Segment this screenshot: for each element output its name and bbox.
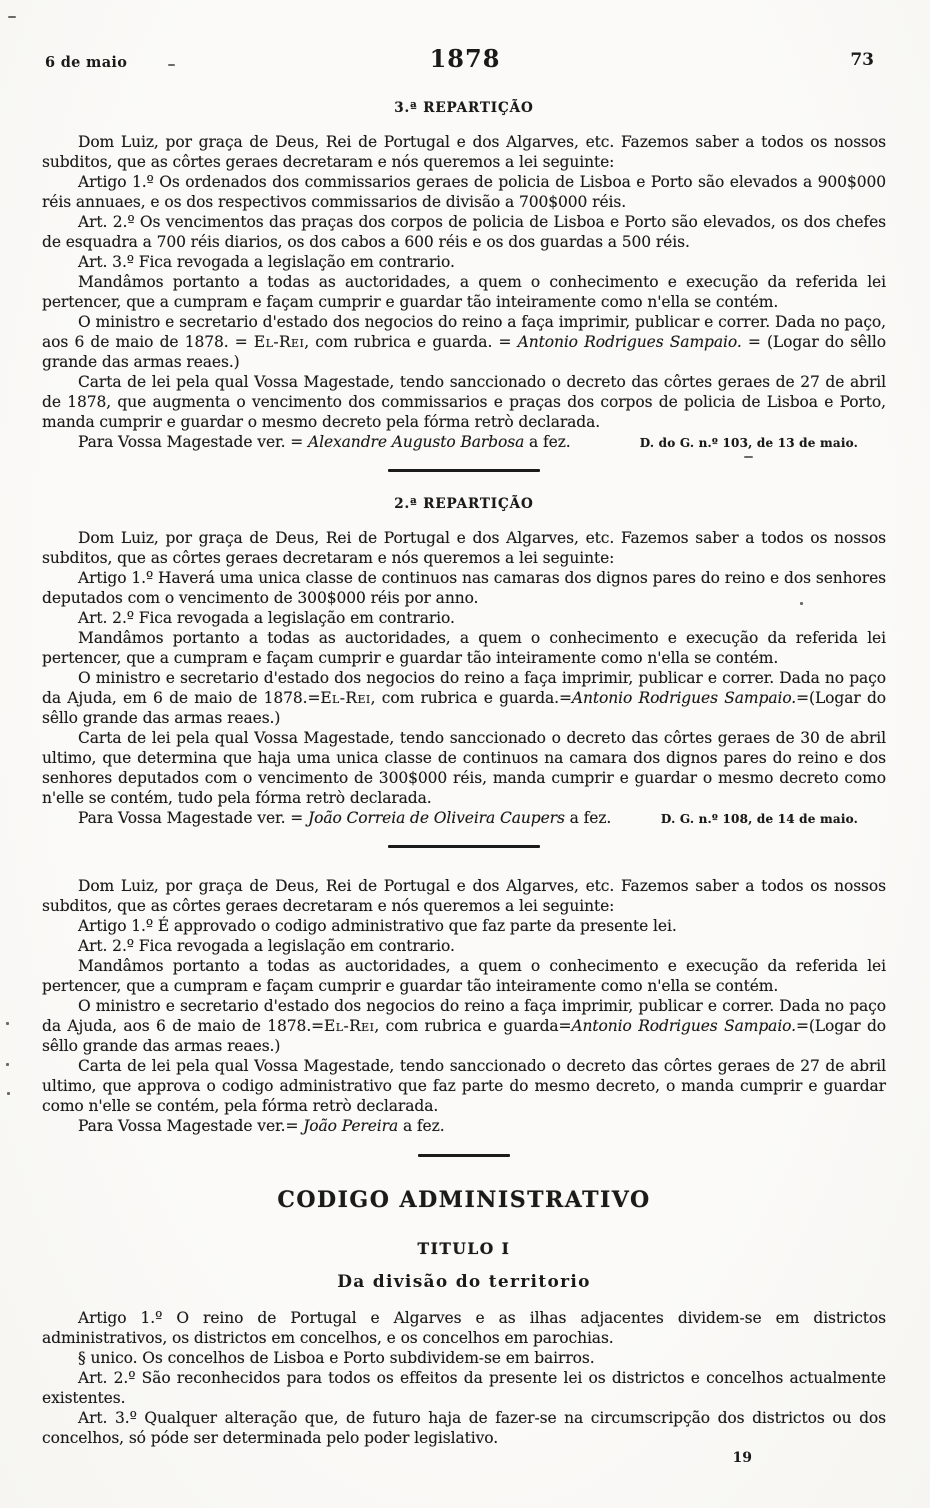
- scan-speck: [6, 1022, 9, 1025]
- paragraph-text: Art. 2.º Fica revogada a legislação em c…: [78, 937, 455, 955]
- chapter-heading: Da divisão do territorio: [42, 1272, 886, 1292]
- section-heading-reparticao-2: 2.ª REPARTIÇÃO: [42, 496, 886, 512]
- page-header: 6 de maio 1878 73: [0, 0, 930, 80]
- article-1-paragraph: Artigo 1.º É approvado o codigo administ…: [42, 916, 886, 936]
- paragraph-text: Carta de lei pela qual Vossa Magestade, …: [42, 1057, 886, 1115]
- article-1-paragraph: Artigo 1.º O reino de Portugal e Algarve…: [42, 1308, 886, 1348]
- section-heading-reparticao-3: 3.ª REPARTIÇÃO: [42, 100, 886, 116]
- paragraph-text: , com rubrica e guarda.=: [371, 689, 572, 707]
- paragraph-text: Artigo 1.º Haverá uma unica classe de co…: [42, 569, 886, 607]
- carta-de-lei-paragraph: Carta de lei pela qual Vossa Magestade, …: [42, 1056, 886, 1116]
- section-divider-short: [418, 1154, 510, 1157]
- section-divider: [388, 469, 540, 472]
- article-3-paragraph: Art. 3.º Fica revogada a legislação em c…: [42, 252, 886, 272]
- minister-name: Antonio Rodrigues Sampaio.: [572, 689, 796, 707]
- paragraph-text: a fez.: [565, 809, 611, 827]
- paragraph-text: Para Vossa Magestade ver.=: [78, 1117, 303, 1135]
- section-divider: [388, 845, 540, 848]
- el-rei-smallcaps: El-Rei: [254, 333, 304, 351]
- signatory-name: Alexandre Augusto Barbosa: [308, 433, 524, 451]
- section-codigo-law: Dom Luiz, por graça de Deus, Rei de Port…: [42, 876, 886, 1136]
- signatory-name: João Correia de Oliveira Caupers: [308, 809, 565, 827]
- preamble-paragraph: Dom Luiz, por graça de Deus, Rei de Port…: [42, 132, 886, 172]
- gazette-reference: D. G. n.º 108, de 14 de maio.: [661, 809, 886, 829]
- section-reparticao-2: Dom Luiz, por graça de Deus, Rei de Port…: [42, 528, 886, 829]
- scan-speck: [6, 1063, 9, 1066]
- mandamos-paragraph: Mandâmos portanto a todas as auctoridade…: [42, 628, 886, 668]
- paragraph-text: , com rubrica e guarda. =: [304, 333, 517, 351]
- article-1-paragraph: Artigo 1.º Haverá uma unica classe de co…: [42, 568, 886, 608]
- signature-mark: 19: [42, 1450, 886, 1466]
- article-2-paragraph: Art. 2.º Fica revogada a legislação em c…: [42, 936, 886, 956]
- paragraph-text: Dom Luiz, por graça de Deus, Rei de Port…: [42, 529, 886, 567]
- paragraph-text: Mandâmos portanto a todas as auctoridade…: [42, 273, 886, 311]
- preamble-paragraph: Dom Luiz, por graça de Deus, Rei de Port…: [42, 876, 886, 916]
- minister-name: Antonio Rodrigues Sampaio.: [571, 1017, 796, 1035]
- page-content: 3.ª REPARTIÇÃO Dom Luiz, por graça de De…: [0, 100, 930, 1466]
- article-1-paragraph: Artigo 1.º Os ordenados dos commissarios…: [42, 172, 886, 212]
- paragraph-text: Carta de lei pela qual Vossa Magestade, …: [42, 373, 886, 431]
- promulgation-paragraph: O ministro e secretario d'estado dos neg…: [42, 312, 886, 372]
- paragraph-text: Para Vossa Magestade ver. =: [78, 809, 308, 827]
- paragraph-text: Artigo 1.º O reino de Portugal e Algarve…: [42, 1309, 886, 1347]
- paragraph-text: Art. 2.º Os vencimentos das praças dos c…: [42, 213, 886, 251]
- paragraph-text: Mandâmos portanto a todas as auctoridade…: [42, 957, 886, 995]
- paragraph-text: a fez.: [398, 1117, 444, 1135]
- section-titulo-1: Artigo 1.º O reino de Portugal e Algarve…: [42, 1308, 886, 1448]
- paragraph-text: Mandâmos portanto a todas as auctoridade…: [42, 629, 886, 667]
- section-reparticao-3: Dom Luiz, por graça de Deus, Rei de Port…: [42, 132, 886, 453]
- codigo-title: CODIGO ADMINISTRATIVO: [42, 1187, 886, 1213]
- paragraph-text: Artigo 1.º Os ordenados dos commissarios…: [42, 173, 886, 211]
- paragraph-text: Art. 2.º São reconhecidos para todos os …: [42, 1369, 886, 1407]
- header-year: 1878: [0, 44, 930, 73]
- article-2-paragraph: Art. 2.º Fica revogada a legislação em c…: [42, 608, 886, 628]
- paragrapho-unico: § unico. Os concelhos de Lisboa e Porto …: [42, 1348, 886, 1368]
- gazette-reference: D. do G. n.º 103, de 13 de maio.: [640, 433, 886, 453]
- paragraph-text: Para Vossa Magestade ver. =: [78, 433, 308, 451]
- header-pagenum: 73: [850, 50, 874, 70]
- article-2-paragraph: Art. 2.º São reconhecidos para todos os …: [42, 1368, 886, 1408]
- minister-name: Antonio Rodrigues Sampaio.: [518, 333, 742, 351]
- paragraph-text: Art. 3.º Fica revogada a legislação em c…: [78, 253, 455, 271]
- carta-de-lei-paragraph: Carta de lei pela qual Vossa Magestade, …: [42, 372, 886, 432]
- el-rei-smallcaps: El-Rei: [324, 1017, 374, 1035]
- scan-speck: [744, 456, 753, 458]
- paragraph-text: Carta de lei pela qual Vossa Magestade, …: [42, 729, 886, 807]
- signature-text: Para Vossa Magestade ver. = João Correia…: [42, 808, 611, 828]
- promulgation-paragraph: O ministro e secretario d'estado dos neg…: [42, 996, 886, 1056]
- paragraph-text: § unico. Os concelhos de Lisboa e Porto …: [78, 1349, 595, 1367]
- mandamos-paragraph: Mandâmos portanto a todas as auctoridade…: [42, 272, 886, 312]
- paragraph-text: Art. 2.º Fica revogada a legislação em c…: [78, 609, 455, 627]
- paragraph-text: Dom Luiz, por graça de Deus, Rei de Port…: [42, 877, 886, 915]
- preamble-paragraph: Dom Luiz, por graça de Deus, Rei de Port…: [42, 528, 886, 568]
- titulo-heading: TITULO I: [42, 1239, 886, 1258]
- el-rei-smallcaps: El-Rei: [320, 689, 370, 707]
- mandamos-paragraph: Mandâmos portanto a todas as auctoridade…: [42, 956, 886, 996]
- paragraph-text: Dom Luiz, por graça de Deus, Rei de Port…: [42, 133, 886, 171]
- scan-speck: [7, 1092, 10, 1095]
- carta-de-lei-paragraph: Carta de lei pela qual Vossa Magestade, …: [42, 728, 886, 808]
- signature-line: Para Vossa Magestade ver. = João Correia…: [42, 808, 886, 829]
- signature-line: Para Vossa Magestade ver.= João Pereira …: [42, 1116, 886, 1136]
- signature-text: Para Vossa Magestade ver. = Alexandre Au…: [42, 432, 571, 452]
- signatory-name: João Pereira: [303, 1117, 398, 1135]
- article-2-paragraph: Art. 2.º Os vencimentos das praças dos c…: [42, 212, 886, 252]
- signature-line: Para Vossa Magestade ver. = Alexandre Au…: [42, 432, 886, 453]
- document-page: 6 de maio 1878 73 3.ª REPARTIÇÃO Dom Lui…: [0, 0, 930, 1508]
- paragraph-text: , com rubrica e guarda=: [374, 1017, 571, 1035]
- article-3-paragraph: Art. 3.º Qualquer alteração que, de futu…: [42, 1408, 886, 1448]
- promulgation-paragraph: O ministro e secretario d'estado dos neg…: [42, 668, 886, 728]
- paragraph-text: Artigo 1.º É approvado o codigo administ…: [78, 917, 677, 935]
- scan-speck: [800, 602, 803, 605]
- paragraph-text: Art. 3.º Qualquer alteração que, de futu…: [42, 1409, 886, 1447]
- paragraph-text: a fez.: [524, 433, 570, 451]
